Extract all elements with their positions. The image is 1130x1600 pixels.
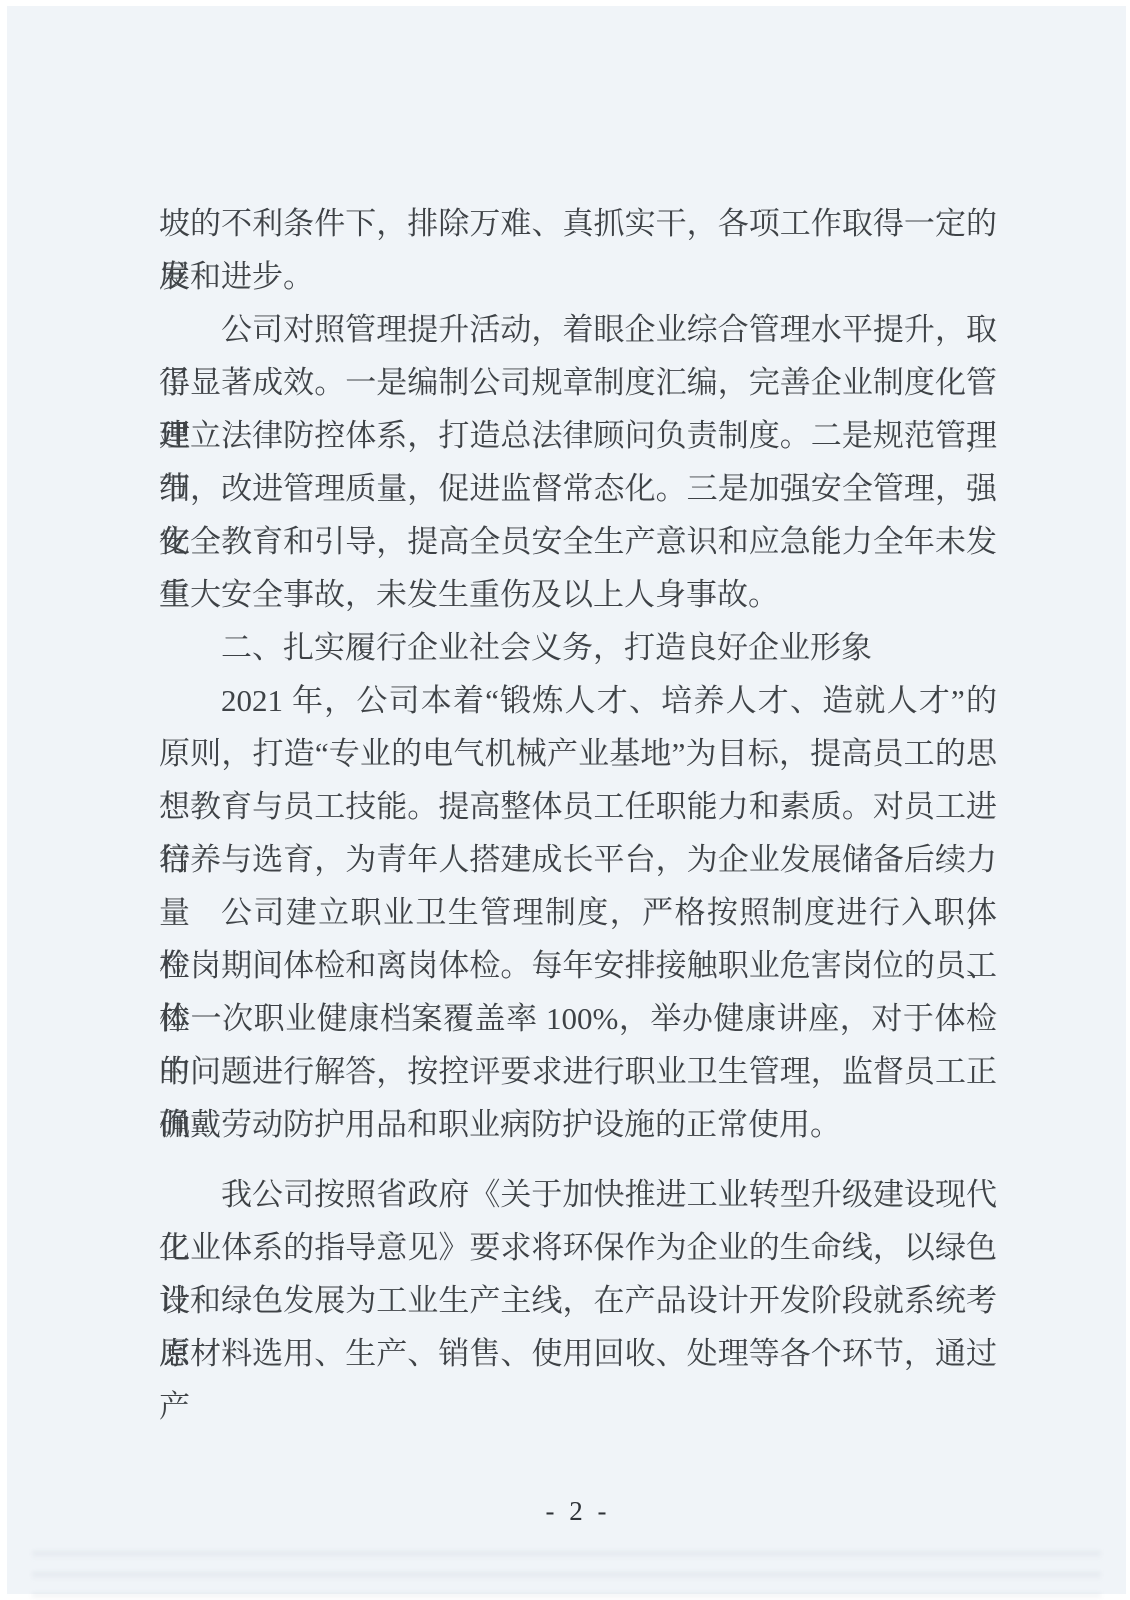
text-line: 公司建立职业卫生管理制度，严格按照制度进行入职体检、 xyxy=(159,886,997,939)
paragraph: 2021 年，公司本着“锻炼人才、培养人才、造就人才”的 原则，打造“专业的电气… xyxy=(159,674,997,886)
paragraph: 坡的不利条件下，排除万难、真抓实干，各项工作取得一定的发 展和进步。 xyxy=(159,197,997,303)
text-line: 原则，打造“专业的电气机械产业基地”为目标，提高员工的思 xyxy=(159,727,997,780)
section-heading: 二、扎实履行企业社会义务，打造良好企业形象 xyxy=(159,621,997,674)
text-line: 我公司按照省政府《关于加快推进工业转型升级建设现代化 xyxy=(159,1168,997,1221)
text-line: 建立法律防控体系，打造总法律顾问负责制度。二是规范管理细 xyxy=(159,409,997,462)
text-line: 佩戴劳动防护用品和职业病防护设施的正常使用。 xyxy=(159,1098,997,1151)
text-line: 在岗期间体检和离岗体检。每年安排接触职业危害岗位的员工体 xyxy=(159,939,997,992)
paragraph: 我公司按照省政府《关于加快推进工业转型升级建设现代化 工业体系的指导意见》要求将… xyxy=(159,1168,997,1380)
text-line: 工业体系的指导意见》要求将环保作为企业的生命线，以绿色设 xyxy=(159,1221,997,1274)
text-line: 原材料选用、生产、销售、使用回收、处理等各个环节，通过产 xyxy=(159,1327,997,1380)
text-line: 计和绿色发展为工业生产主线，在产品设计开发阶段就系统考虑 xyxy=(159,1274,997,1327)
text-line: 检一次职业健康档案覆盖率 100%，举办健康讲座，对于体检中 xyxy=(159,992,997,1045)
scanned-page: 坡的不利条件下，排除万难、真抓实干，各项工作取得一定的发 展和进步。 公司对照管… xyxy=(7,6,1126,1594)
page-number: - 2 - xyxy=(159,1496,997,1527)
paragraph: 公司对照管理提升活动，着眼企业综合管理水平提升，取得 了显著成效。一是编制公司规… xyxy=(159,303,997,621)
text-line: 了显著成效。一是编制公司规章制度汇编，完善企业制度化管理， xyxy=(159,356,997,409)
scan-bleedthrough-artifact xyxy=(32,1551,1101,1599)
text-line: 培养与选育，为青年人搭建成长平台，为企业发展储备后续力量， xyxy=(159,833,997,886)
paragraph: 公司建立职业卫生管理制度，严格按照制度进行入职体检、 在岗期间体检和离岗体检。每… xyxy=(159,886,997,1151)
text-line: 坡的不利条件下，排除万难、真抓实干，各项工作取得一定的发 xyxy=(159,197,997,250)
text-line: 重大安全事故，未发生重伤及以上人身事故。 xyxy=(159,568,997,621)
text-line: 2021 年，公司本着“锻炼人才、培养人才、造就人才”的 xyxy=(159,674,997,727)
text-line: 公司对照管理提升活动，着眼企业综合管理水平提升，取得 xyxy=(159,303,997,356)
text-line: 想教育与员工技能。提高整体员工任职能力和素质。对员工进行 xyxy=(159,780,997,833)
text-line: 节，改进管理质量，促进监督常态化。三是加强安全管理，强化 xyxy=(159,462,997,515)
heading-line: 二、扎实履行企业社会义务，打造良好企业形象 xyxy=(159,621,997,674)
text-line: 的问题进行解答，按控评要求进行职业卫生管理，监督员工正确 xyxy=(159,1045,997,1098)
document-body: 坡的不利条件下，排除万难、真抓实干，各项工作取得一定的发 展和进步。 公司对照管… xyxy=(159,197,997,1380)
text-line: 展和进步。 xyxy=(159,250,997,303)
text-line: 安全教育和引导，提高全员安全生产意识和应急能力全年未发生 xyxy=(159,515,997,568)
